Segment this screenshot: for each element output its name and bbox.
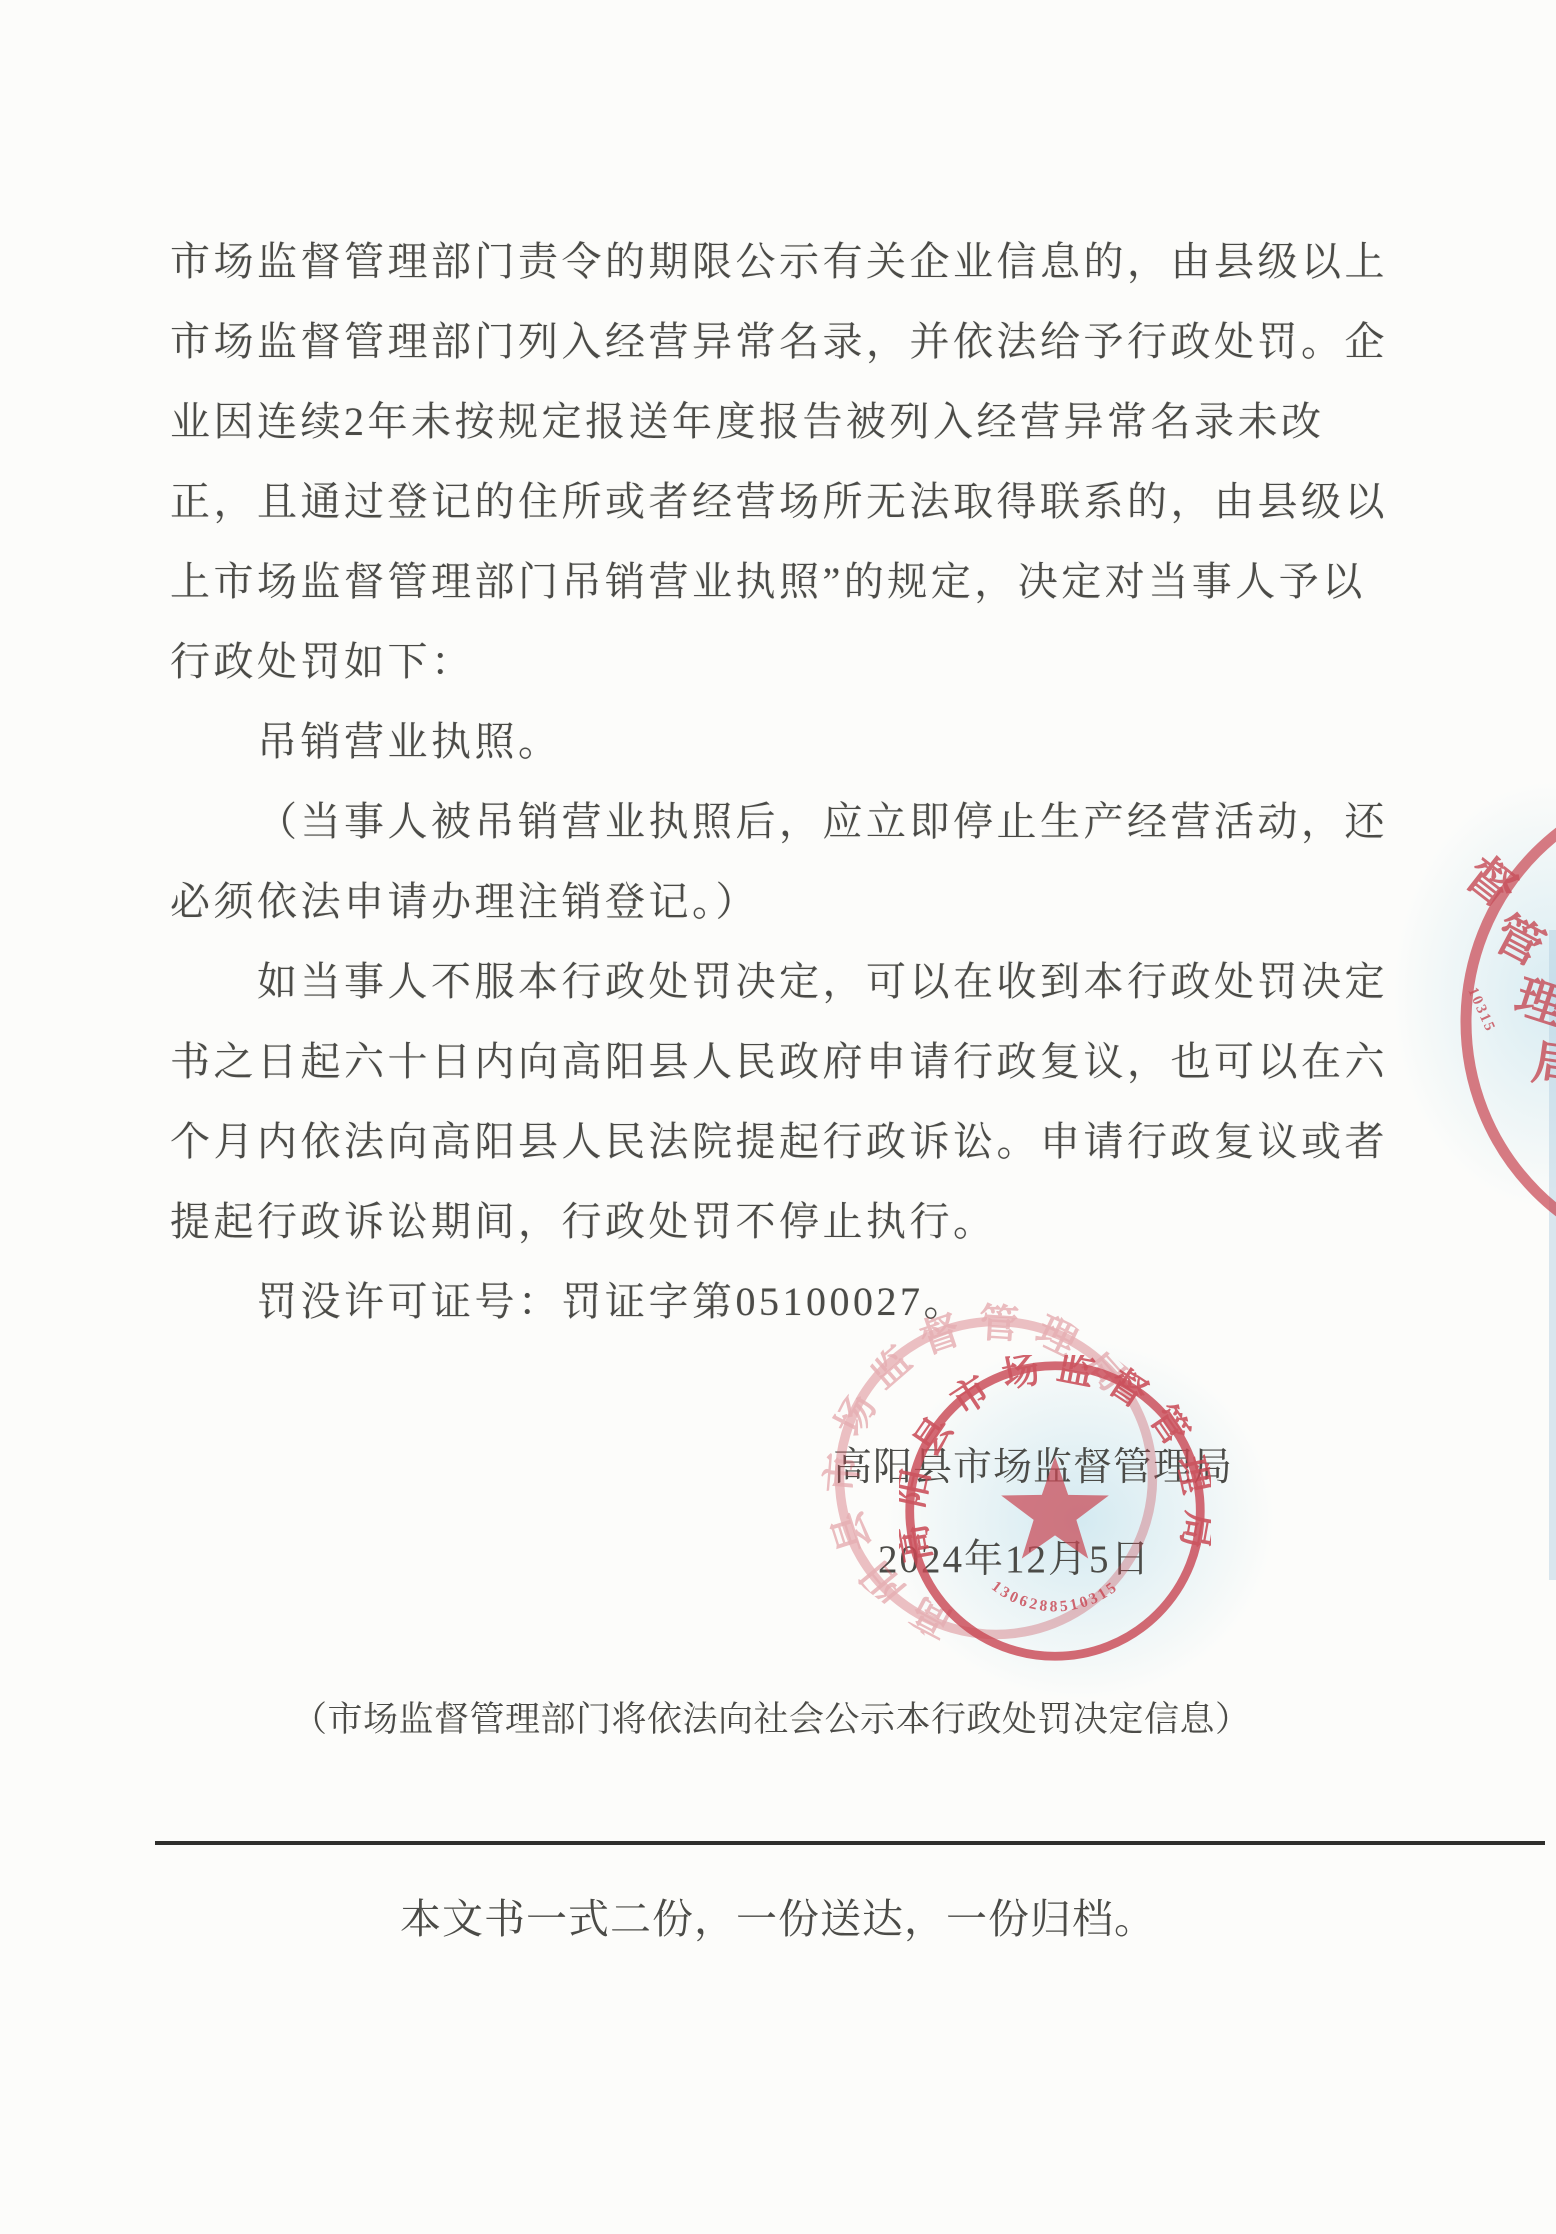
document-line: 市场监督管理部门列入经营异常名录，并依法给予行政处罚。企 xyxy=(170,302,1410,382)
document-line: 市场监督管理部门责令的期限公示有关企业信息的，由县级以上 xyxy=(170,222,1410,302)
document-line: 提起行政诉讼期间，行政处罚不停止执行。 xyxy=(170,1182,1410,1262)
document-line: 上市场监督管理部门吊销营业执照”的规定，决定对当事人予以 xyxy=(170,542,1410,622)
side-seal-char: 督 xyxy=(1455,847,1525,918)
document-line: 必须依法申请办理注销登记。） xyxy=(170,862,1410,942)
document-body: 市场监督管理部门责令的期限公示有关企业信息的，由县级以上 市场监督管理部门列入经… xyxy=(170,222,1410,1342)
document-line: 个月内依法向高阳县人民法院提起行政诉讼。申请行政复议或者 xyxy=(170,1102,1410,1182)
document-line: （当事人被吊销营业执照后，应立即停止生产经营活动，还 xyxy=(170,782,1410,862)
document-line: 行政处罚如下： xyxy=(170,622,1410,702)
side-seal-char: 局 xyxy=(1528,1036,1556,1095)
scanned-penalty-document: 市场监督管理部门责令的期限公示有关企业信息的，由县级以上 市场监督管理部门列入经… xyxy=(0,0,1556,2234)
side-seal-char: 理 xyxy=(1509,970,1556,1035)
disclosure-note: （市场监督管理部门将依法向社会公示本行政处罚决定信息） xyxy=(292,1694,1251,1746)
document-line: 如当事人不服本行政处罚决定，可以在收到本行政处罚决定 xyxy=(170,942,1410,1022)
document-line: 正，且通过登记的住所或者经营场所无法取得联系的，由县级以 xyxy=(170,462,1410,542)
copies-note: 本文书一式二份，一份送达，一份归档。 xyxy=(0,1888,1556,1950)
penalty-decision-line: 吊销营业执照。 xyxy=(170,702,1410,782)
official-seal: 高阳县市场监督管理局 1306288510315 xyxy=(899,1355,1211,1667)
document-line: 业因连续2年未按规定报送年度报告被列入经营异常名录未改 xyxy=(170,382,1410,462)
seal-code: 1306288510315 xyxy=(988,1578,1122,1616)
star-icon xyxy=(1001,1456,1109,1558)
side-partial-seal: 督 管 理 局 10315 xyxy=(1336,722,1556,1322)
document-line: 书之日起六十日内向高阳县人民政府申请行政复议，也可以在六 xyxy=(170,1022,1410,1102)
license-number-line: 罚没许可证号：罚证字第05100027。 xyxy=(170,1262,1410,1342)
footer-divider xyxy=(155,1841,1545,1845)
